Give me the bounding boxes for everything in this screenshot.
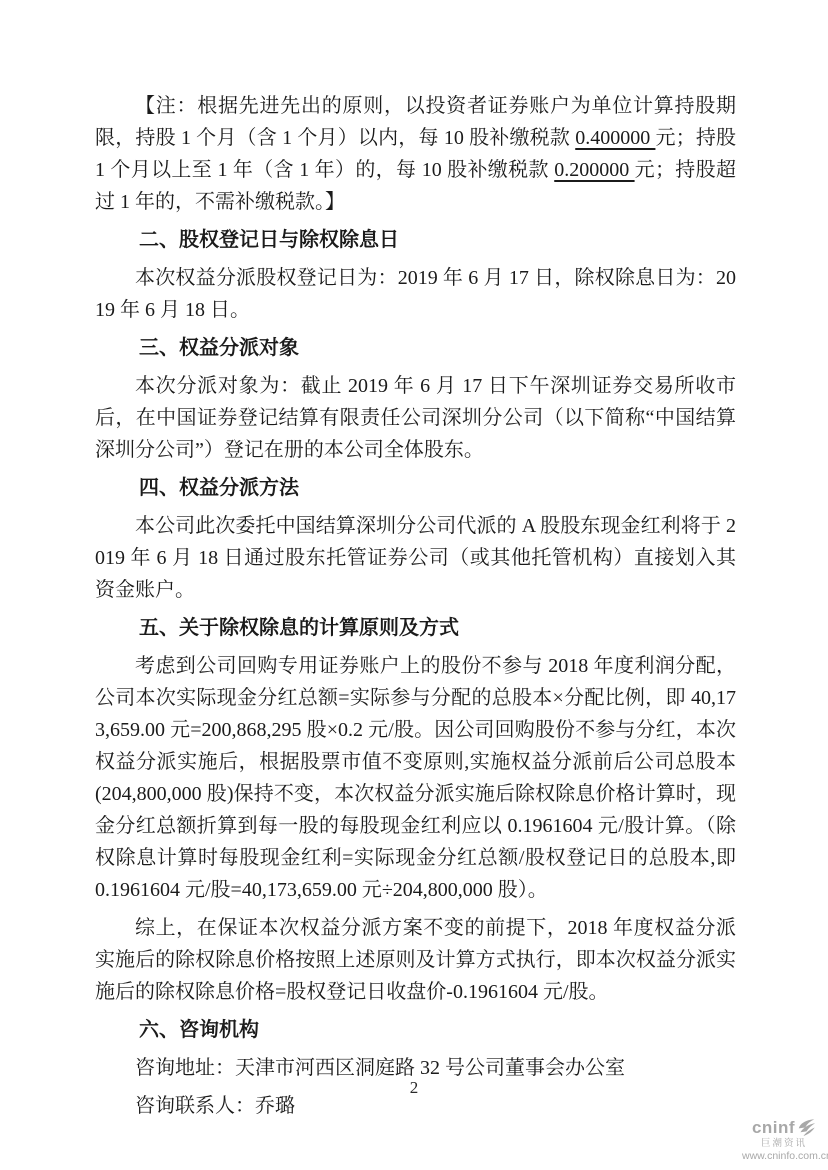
document-content: 【注：根据先进先出的原则，以投资者证券账户为单位计算持股期限，持股 1 个月（含… xyxy=(95,90,736,1128)
note-underlined-value-2: 0.200000 xyxy=(554,159,634,181)
paragraph: 本次权益分派股权登记日为：2019 年 6 月 17 日，除权除息日为：2019… xyxy=(95,262,736,326)
document-page: 【注：根据先进先出的原则，以投资者证券账户为单位计算持股期限，持股 1 个月（含… xyxy=(0,0,828,1170)
page-number: 2 xyxy=(0,1078,828,1098)
cninfo-caption: 巨潮资讯 xyxy=(742,1139,826,1149)
paragraph: 本公司此次委托中国结算深圳分公司代派的 A 股股东现金红利将于 2019 年 6… xyxy=(95,510,736,606)
paragraph: 本次分派对象为：截止 2019 年 6 月 17 日下午深圳证券交易所收市后，在… xyxy=(95,370,736,466)
note-paragraph: 【注：根据先进先出的原则，以投资者证券账户为单位计算持股期限，持股 1 个月（含… xyxy=(95,90,736,218)
note-underlined-value-1: 0.400000 xyxy=(575,127,655,149)
section-heading-distribution-targets: 三、权益分派对象 xyxy=(95,332,736,364)
paragraph: 考虑到公司回购专用证券账户上的股份不参与 2018 年度利润分配，公司本次实际现… xyxy=(95,650,736,906)
cninfo-logo-row: cninf xyxy=(742,1118,826,1137)
cninfo-swirl-icon xyxy=(797,1118,816,1137)
section-heading-consulting-agency: 六、咨询机构 xyxy=(95,1014,736,1046)
paragraph: 综上，在保证本次权益分派方案不变的前提下，2018 年度权益分派实施后的除权除息… xyxy=(95,912,736,1008)
section-heading-ex-dividend-calculation: 五、关于除权除息的计算原则及方式 xyxy=(95,612,736,644)
section-heading-distribution-method: 四、权益分派方法 xyxy=(95,472,736,504)
cninfo-url: www.cninfo.com.cn xyxy=(742,1151,826,1162)
cninfo-logo: cninf 巨潮资讯 www.cninfo.com.cn xyxy=(742,1118,826,1161)
cninfo-brand-text: cninf xyxy=(752,1119,795,1136)
section-heading-record-date: 二、股权登记日与除权除息日 xyxy=(95,224,736,256)
